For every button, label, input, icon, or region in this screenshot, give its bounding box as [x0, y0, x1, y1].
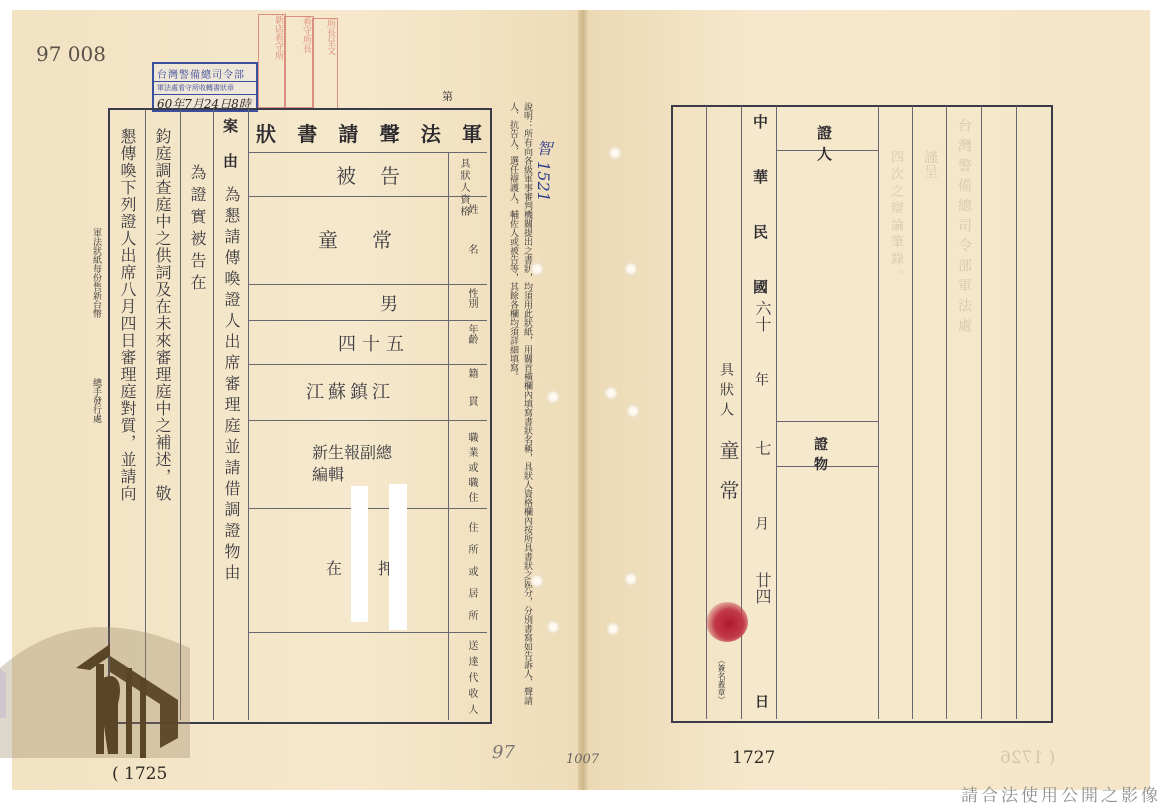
- evidence-top-line: [777, 421, 878, 422]
- punch-hole: [546, 620, 560, 634]
- col-line: [248, 109, 249, 720]
- field-value-origin: 江蘇鎮江: [306, 378, 394, 404]
- price-note: 軍法狀紙每份售新台幣: [90, 228, 103, 318]
- handwritten-ref: 智 1521: [532, 140, 555, 202]
- redaction-bar: [351, 486, 368, 622]
- punch-hole: [606, 622, 620, 636]
- row-line: [249, 364, 487, 365]
- page-fold: [578, 10, 588, 790]
- punch-hole: [604, 386, 618, 400]
- field-label-origin: 籍貫: [464, 368, 479, 424]
- bleedthrough-text: 四次之辯論筆錄。: [886, 150, 905, 286]
- signature-note: （簽名蓋章）: [716, 656, 727, 704]
- punch-hole: [624, 262, 638, 276]
- col-line: [981, 106, 982, 719]
- field-value-occupation: 新生報副總編輯: [312, 442, 402, 486]
- body-column-3: 懇傳喚下列證人出席八月四日審理庭對質，並請向: [116, 128, 139, 502]
- title-row-divider: [249, 152, 487, 153]
- page-number-right: 1727: [732, 748, 775, 768]
- date-month-unit: 月: [751, 516, 771, 530]
- row-line: [249, 196, 487, 197]
- page-number-faint: ( 1726: [1000, 748, 1055, 768]
- field-label-agent: 送達代收人: [464, 640, 479, 720]
- handwritten-page-1007: 1007: [566, 752, 599, 767]
- punch-hole: [546, 390, 560, 404]
- signer-label: 具狀人: [716, 362, 736, 422]
- punch-hole: [530, 574, 544, 588]
- usage-watermark: 請合法使用公開之影像: [961, 781, 1161, 806]
- punch-hole: [626, 404, 640, 418]
- punch-hole: [624, 572, 638, 586]
- date-year: 六十: [751, 300, 774, 332]
- label-col-line: [448, 152, 449, 720]
- issuer-note: 總手發行處: [90, 378, 103, 423]
- col-line: [878, 106, 879, 719]
- red-stamp-1: 新店看守所: [258, 14, 286, 108]
- col-line: [213, 109, 214, 720]
- archive-mark: 97 008: [36, 42, 106, 66]
- bleedthrough-text: 謹呈: [920, 150, 940, 178]
- bleedthrough-text: 台灣警備總司令部軍法處: [954, 118, 974, 338]
- row-line: [249, 420, 487, 421]
- page-number-left: ( 1725: [112, 764, 167, 784]
- redaction-bar: [389, 484, 407, 630]
- handwritten-page-97: 97: [492, 742, 515, 763]
- evidence-label: 證物: [786, 434, 872, 474]
- field-value-age: 四十五: [338, 330, 410, 356]
- thumbprint: [706, 602, 748, 642]
- body-column-2: 鈞庭調查庭中之供詞及在未來審理庭中之補述，敬: [151, 128, 174, 502]
- col-line: [1016, 106, 1017, 719]
- red-stamp-2: 看守所長: [284, 16, 314, 108]
- signer-name: 童常: [714, 440, 743, 520]
- sheet-label: 第: [442, 88, 453, 104]
- field-label-age: 年齡: [464, 324, 479, 344]
- col-line: [912, 106, 913, 719]
- body-column-1: 為證實被告在: [186, 164, 209, 296]
- field-value-name: 童常: [318, 224, 426, 253]
- row-line: [249, 320, 487, 321]
- instructions-text: 說明：所有向各級軍事審判機關提出之書狀，均須用此狀紙，用關首橫欄內填寫書狀名稱，…: [504, 102, 534, 712]
- case-text: 為懇請傳喚證人出席審理庭並請借調證物由: [220, 186, 243, 585]
- col-line: [776, 106, 777, 719]
- row-line: [249, 284, 487, 285]
- form-title: 軍 法 聲 請 書 狀: [256, 118, 482, 147]
- date-year-unit: 年: [751, 372, 771, 386]
- row-line: [249, 632, 487, 633]
- field-label-sex: 性別: [464, 288, 479, 308]
- date-day: 廿四: [751, 572, 774, 604]
- date-day-unit: 日: [751, 694, 771, 708]
- field-label-residence: 住所或居所: [464, 522, 479, 632]
- witness-label: 證人: [786, 122, 872, 164]
- punch-hole: [608, 146, 622, 160]
- field-label-occupation: 職業或職住: [464, 432, 479, 507]
- field-value-sex: 男: [380, 290, 398, 316]
- case-label: 案由: [220, 118, 241, 188]
- date-month: 七: [751, 440, 774, 456]
- red-stamp-3: 所長呈文: [312, 18, 338, 110]
- field-label-name: 姓名: [464, 204, 479, 284]
- field-value-residence: 在押: [326, 556, 430, 579]
- received-stamp: 台灣警備總司令部 軍法處看守所收轉書狀章 60年7月24日8時: [152, 62, 258, 112]
- archive-logo-icon: [0, 608, 200, 758]
- row-line: [249, 508, 487, 509]
- applicant-role-value: 被告: [336, 160, 424, 189]
- punch-hole: [530, 262, 544, 276]
- col-line: [946, 106, 947, 719]
